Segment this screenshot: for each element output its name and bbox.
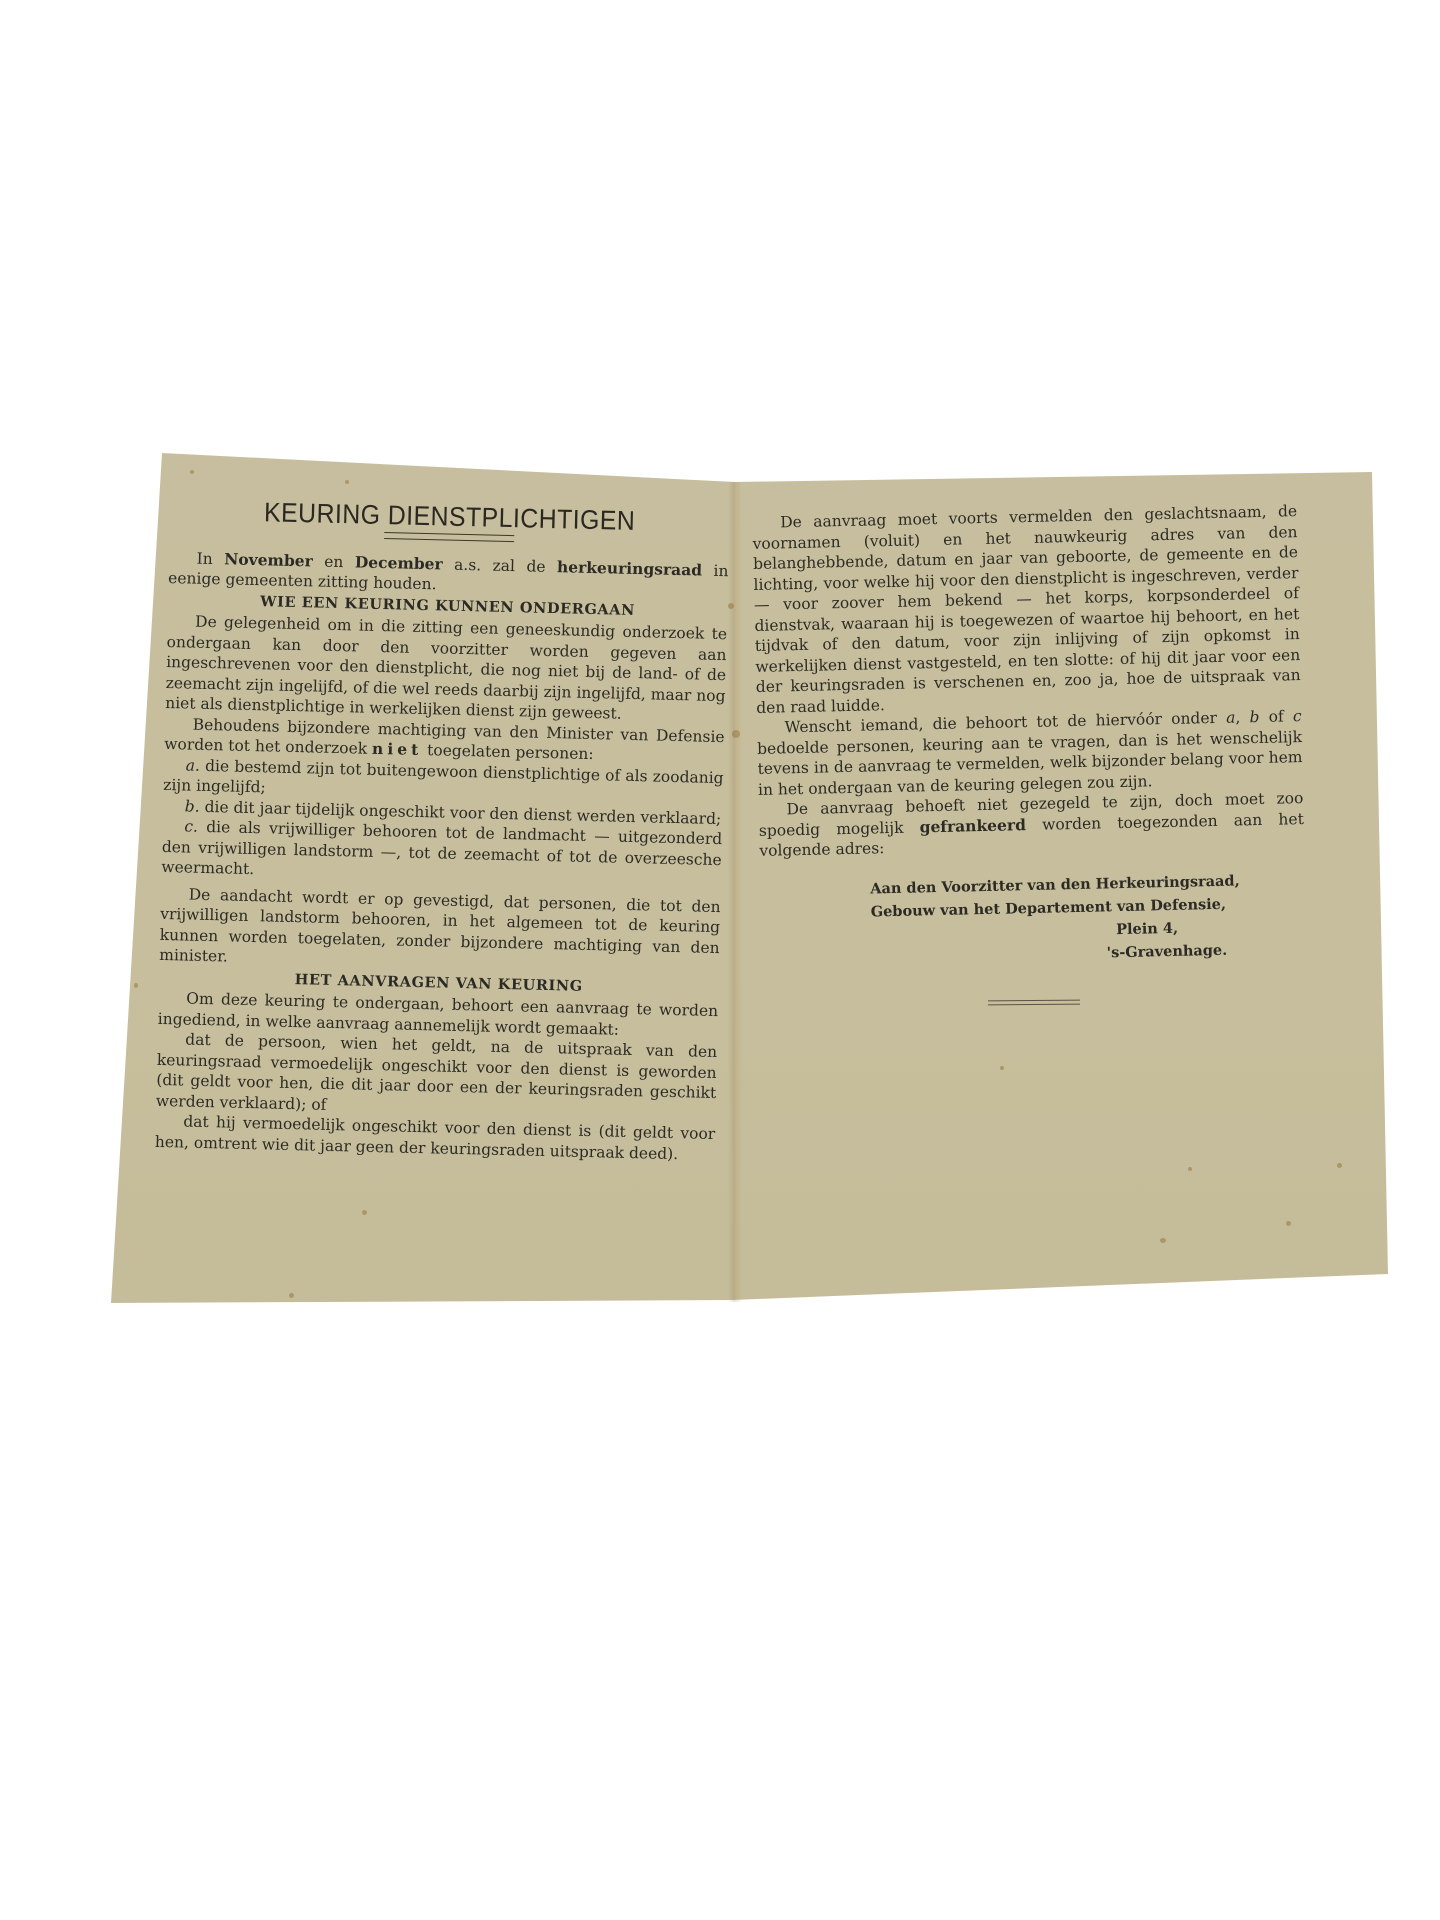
paragraph: De aanvraag moet voorts vermelden den ge… — [752, 501, 1301, 718]
mailing-address: Aan den Voorzitter van den Herkeuringsra… — [760, 868, 1307, 972]
foxing-spot — [134, 983, 138, 988]
foxing-spot — [362, 1210, 367, 1215]
foxing-spot — [345, 480, 349, 484]
title-double-rule — [384, 532, 514, 542]
open-booklet: KEURING DIENSTPLICHTIGEN In November en … — [0, 0, 1440, 1920]
foxing-spot — [1188, 1167, 1192, 1171]
foxing-spot — [1337, 1163, 1342, 1168]
paragraph: Wenscht iemand, die behoort tot de hierv… — [756, 706, 1303, 800]
foxing-spot — [1286, 1221, 1291, 1226]
paragraph: De aanvraag behoeft niet gezegeld te zij… — [758, 788, 1304, 861]
foxing-spot — [1160, 1238, 1166, 1243]
center-fold — [728, 482, 742, 1302]
paragraph: dat de persoon, wien het geldt, na de ui… — [156, 1029, 718, 1124]
foxing-spot — [1000, 1066, 1004, 1070]
paragraph: De aandacht wordt er op gevestigd, dat p… — [159, 883, 721, 978]
page-title: KEURING DIENSTPLICHTIGEN — [192, 501, 708, 534]
list-item: c. die als vrijwilliger behooren tot de … — [161, 816, 722, 891]
right-page: De aanvraag moet voorts vermelden den ge… — [752, 501, 1307, 971]
closing-rule — [988, 1000, 1080, 1006]
foxing-spot — [190, 470, 194, 474]
paragraph: De gelegenheid om in die zitting een gen… — [165, 611, 727, 727]
foxing-spot — [289, 1293, 294, 1298]
left-page: KEURING DIENSTPLICHTIGEN In November en … — [155, 500, 730, 1165]
